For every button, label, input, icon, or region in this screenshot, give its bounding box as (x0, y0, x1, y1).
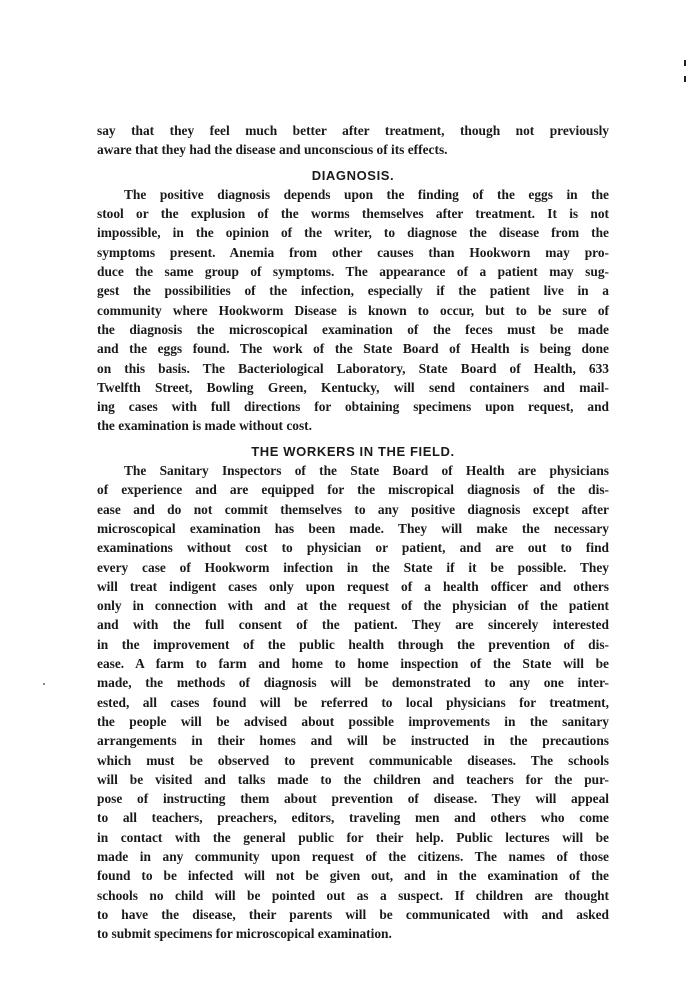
section-heading: DIAGNOSIS. (97, 166, 609, 185)
text-line: will be visited and talks made to the ch… (97, 770, 609, 789)
text-line: stool or the explusion of the worms them… (97, 204, 609, 223)
scan-mark-top (684, 60, 686, 66)
text-line: aware that they had the disease and unco… (97, 140, 609, 159)
section-heading: THE WORKERS IN THE FIELD. (97, 442, 609, 461)
text-line: in the improvement of the public health … (97, 635, 609, 654)
text-line: The Sanitary Inspectors of the State Boa… (97, 461, 609, 480)
text-line: only in connection with and at the reque… (97, 596, 609, 615)
text-line: The positive diagnosis depends upon the … (97, 185, 609, 204)
text-line: gest the possibilities of the infection,… (97, 281, 609, 300)
section-diagnosis: DIAGNOSIS. The positive diagnosis depend… (97, 166, 609, 436)
text-line: examinations without cost to physician o… (97, 538, 609, 557)
text-line: Twelfth Street, Bowling Green, Kentucky,… (97, 378, 609, 397)
text-line: impossible, in the opinion of the writer… (97, 223, 609, 242)
text-line: pose of instructing them about preventio… (97, 789, 609, 808)
intro-paragraph: say that they feel much better after tre… (97, 121, 609, 160)
text-line: on this basis. The Bacteriological Labor… (97, 359, 609, 378)
text-line: arrangements in their homes and will be … (97, 731, 609, 750)
text-line: schools no child will be pointed out as … (97, 886, 609, 905)
text-line: ease and do not commit themselves to any… (97, 500, 609, 519)
text-line: to have the disease, their parents will … (97, 905, 609, 924)
text-line: in contact with the general public for t… (97, 828, 609, 847)
text-line: which must be observed to prevent commun… (97, 751, 609, 770)
text-line: every case of Hookworm infection in the … (97, 558, 609, 577)
text-line: found to be infected will not be given o… (97, 866, 609, 885)
text-line: say that they feel much better after tre… (97, 121, 609, 140)
text-line: of experience and are equipped for the m… (97, 480, 609, 499)
text-line: the diagnosis the microscopical examinat… (97, 320, 609, 339)
text-line: microscopical examination has been made.… (97, 519, 609, 538)
text-line: and with the full consent of the patient… (97, 615, 609, 634)
text-line: duce the same group of symptoms. The app… (97, 262, 609, 281)
text-line: ease. A farm to farm and home to home in… (97, 654, 609, 673)
text-line: the people will be advised about possibl… (97, 712, 609, 731)
text-line: the examination is made without cost. (97, 416, 609, 435)
text-line: to all teachers, preachers, editors, tra… (97, 808, 609, 827)
text-line: ing cases with full directions for obtai… (97, 397, 609, 416)
section-workers-in-the-field: THE WORKERS IN THE FIELD. The Sanitary I… (97, 442, 609, 944)
text-line: will treat indigent cases only upon requ… (97, 577, 609, 596)
text-line: made in any community upon request of th… (97, 847, 609, 866)
text-line: symptoms present. Anemia from other caus… (97, 243, 609, 262)
text-line: ested, all cases found will be referred … (97, 693, 609, 712)
scan-speck (43, 683, 45, 685)
text-line: and the eggs found. The work of the Stat… (97, 339, 609, 358)
text-line: community where Hookworm Disease is know… (97, 301, 609, 320)
text-line: made, the methods of diagnosis will be d… (97, 673, 609, 692)
text-line: to submit specimens for microscopical ex… (97, 924, 609, 943)
document-page: say that they feel much better after tre… (97, 121, 609, 943)
scan-mark-bottom (684, 76, 686, 82)
